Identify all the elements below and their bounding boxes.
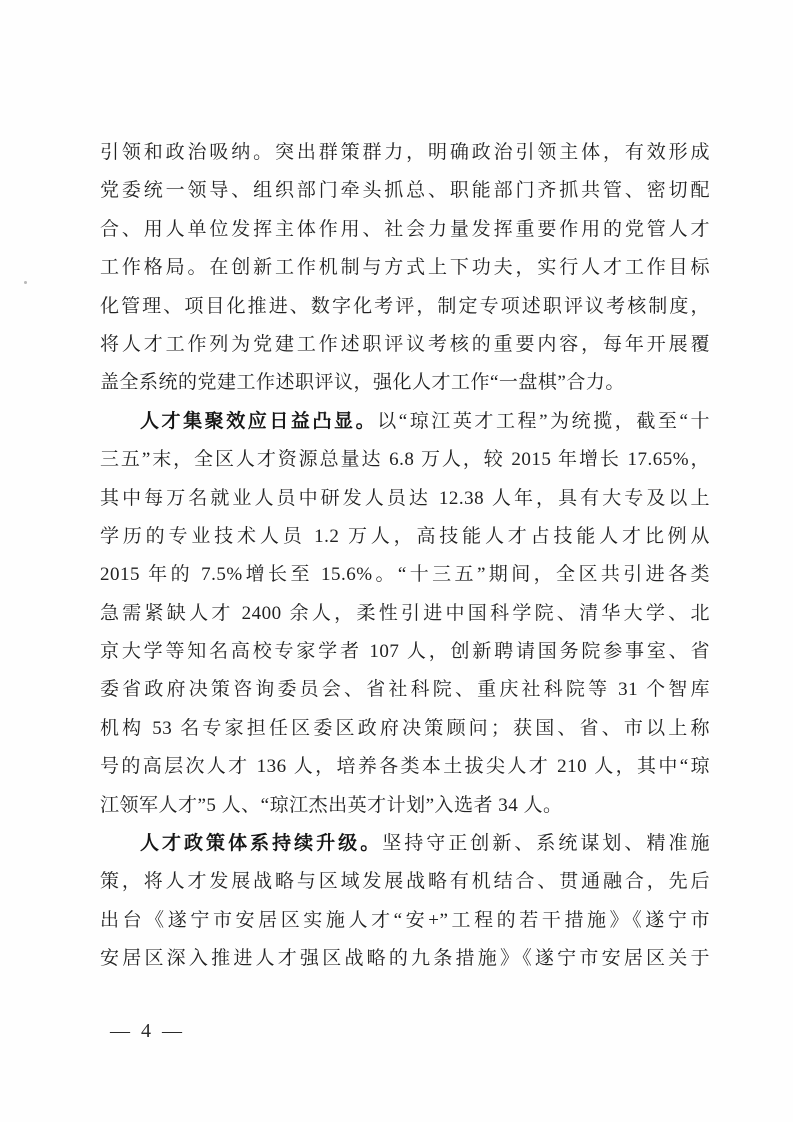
text-line: 京大学等知名高校专家学者 107 人，创新聘请国务院参事室、省 [100,633,710,671]
text-line: 急需紧缺人才 2400 余人，柔性引进中国科学院、清华大学、北 [100,595,710,633]
text-line: 2015 年的 7.5%增长至 15.6%。“十三五”期间，全区共引进各类 [100,556,710,594]
paragraph-start-line: 人才政策体系持续升级。坚持守正创新、系统谋划、精准施 [100,825,710,863]
text-line: 号的高层次人才 136 人，培养各类本土拔尖人才 210 人，其中“琼 [100,748,710,786]
text-line: 其中每万名就业人员中研发人员达 12.38 人年，具有大专及以上 [100,480,710,518]
text-line: 学历的专业技术人员 1.2 万人，高技能人才占技能人才比例从 [100,518,710,556]
paragraph-lead-text: 坚持守正创新、系统谋划、精准施 [382,833,710,854]
text-line: 委省政府决策咨询委员会、省社科院、重庆社科院等 31 个智库 [100,671,710,709]
paragraph-2: 人才集聚效应日益凸显。以“琼江英才工程”为统揽，截至“十 三五”末，全区人才资源… [100,403,710,825]
text-line: 将人才工作列为党建工作述职评议考核的重要内容，每年开展覆 [100,326,710,364]
document-page: 引领和政治吸纳。突出群策群力，明确政治引领主体，有效形成 党委统一领导、组织部门… [0,0,793,1122]
scan-artifact-speck [24,281,27,284]
paragraph-start-line: 人才集聚效应日益凸显。以“琼江英才工程”为统揽，截至“十 [100,403,710,441]
paragraph-heading: 人才集聚效应日益凸显。 [140,411,377,432]
text-line: 策，将人才发展战略与区域发展战略有机结合、贯通融合，先后 [100,863,710,901]
text-line: 三五”末，全区人才资源总量达 6.8 万人，较 2015 年增长 17.65%， [100,441,710,479]
text-line: 工作格局。在创新工作机制与方式上下功夫，实行人才工作目标 [100,249,710,287]
text-line: 出台《遂宁市安居区实施人才“安+”工程的若干措施》《遂宁市 [100,902,710,940]
text-line: 江领军人才”5 人、“琼江杰出英才计划”入选者 34 人。 [100,787,710,825]
text-line: 引领和政治吸纳。突出群策群力，明确政治引领主体，有效形成 [100,134,710,172]
paragraph-3: 人才政策体系持续升级。坚持守正创新、系统谋划、精准施 策，将人才发展战略与区域发… [100,825,710,979]
text-line: 盖全系统的党建工作述职评议，强化人才工作“一盘棋”合力。 [100,364,710,402]
text-line: 合、用人单位发挥主体作用、社会力量发挥重要作用的党管人才 [100,211,710,249]
paragraph-lead-text: 以“琼江英才工程”为统揽，截至“十 [377,411,710,432]
text-line: 化管理、项目化推进、数字化考评，制定专项述职评议考核制度， [100,288,710,326]
page-number: — 4 — [110,1016,185,1046]
text-block: 引领和政治吸纳。突出群策群力，明确政治引领主体，有效形成 党委统一领导、组织部门… [100,134,710,979]
paragraph-1: 引领和政治吸纳。突出群策群力，明确政治引领主体，有效形成 党委统一领导、组织部门… [100,134,710,403]
paragraph-heading: 人才政策体系持续升级。 [140,833,382,854]
text-line: 党委统一领导、组织部门牵头抓总、职能部门齐抓共管、密切配 [100,172,710,210]
text-line: 机构 53 名专家担任区委区政府决策顾问；获国、省、市以上称 [100,710,710,748]
text-line: 安居区深入推进人才强区战略的九条措施》《遂宁市安居区关于 [100,940,710,978]
